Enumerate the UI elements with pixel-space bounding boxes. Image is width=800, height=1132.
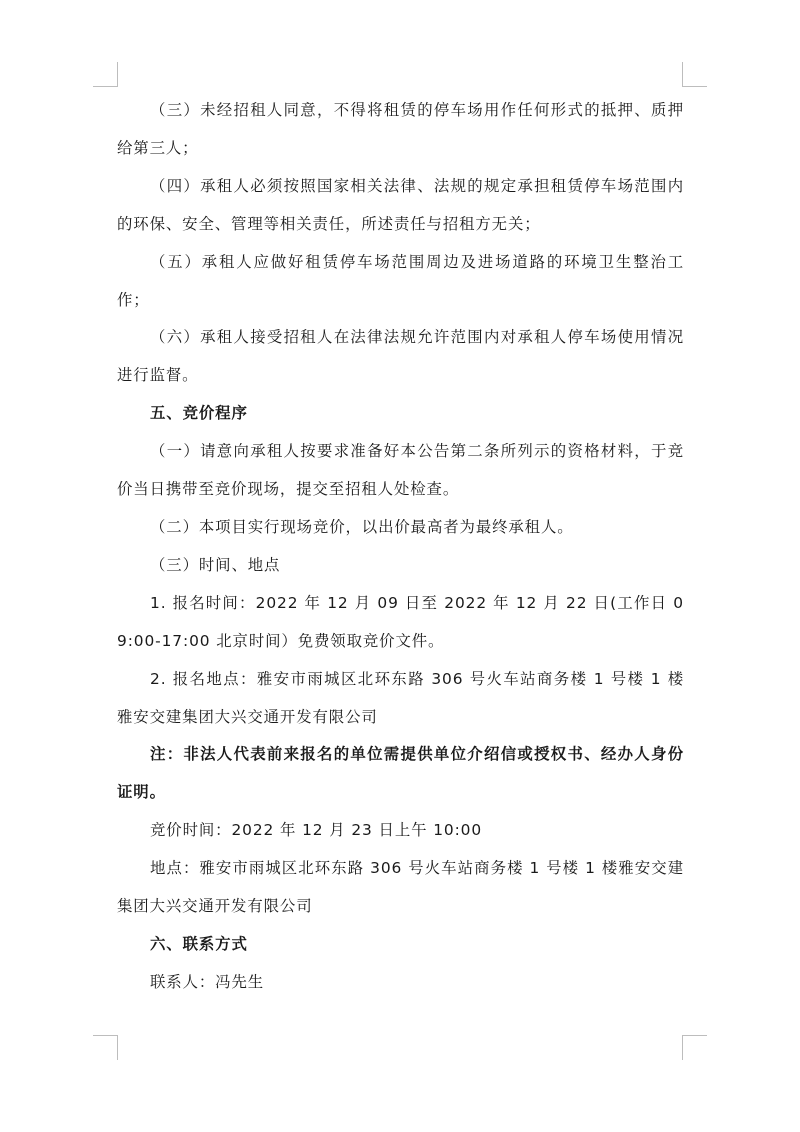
section-heading-bidding-procedure: 五、竞价程序	[117, 395, 684, 433]
bidding-location: 地点：雅安市雨城区北环东路 306 号火车站商务楼 1 号楼 1 楼雅安交建集团…	[117, 850, 684, 926]
bidding-time: 竞价时间：2022 年 12 月 23 日上午 10:00	[117, 812, 684, 850]
registration-location: 2. 报名地点：雅安市雨城区北环东路 306 号火车站商务楼 1 号楼 1 楼雅…	[117, 661, 684, 737]
corner-mark-top-right	[682, 62, 707, 87]
document-page: （三）未经招租人同意，不得将租赁的停车场用作任何形式的抵押、质押给第三人； （四…	[0, 0, 800, 1132]
contact-person: 联系人：冯先生	[117, 964, 684, 1002]
clause-3-no-mortgage: （三）未经招租人同意，不得将租赁的停车场用作任何形式的抵押、质押给第三人；	[117, 92, 684, 168]
corner-mark-bottom-left	[93, 1035, 118, 1060]
corner-mark-top-left	[93, 62, 118, 87]
section-heading-contact: 六、联系方式	[117, 926, 684, 964]
procedure-2-onsite-bidding: （二）本项目实行现场竞价，以出价最高者为最终承租人。	[117, 509, 684, 547]
document-body: （三）未经招租人同意，不得将租赁的停车场用作任何形式的抵押、质押给第三人； （四…	[117, 92, 684, 1002]
clause-6-supervision: （六）承租人接受招租人在法律法规允许范围内对承租人停车场使用情况进行监督。	[117, 319, 684, 395]
procedure-1-materials: （一）请意向承租人按要求准备好本公告第二条所列示的资格材料，于竞价当日携带至竞价…	[117, 433, 684, 509]
clause-5-sanitation: （五）承租人应做好租赁停车场范围周边及进场道路的环境卫生整治工作；	[117, 244, 684, 320]
clause-4-responsibility: （四）承租人必须按照国家相关法律、法规的规定承担租赁停车场范围内的环保、安全、管…	[117, 168, 684, 244]
note-authorization: 注：非法人代表前来报名的单位需提供单位介绍信或授权书、经办人身份证明。	[117, 736, 684, 812]
corner-mark-bottom-right	[682, 1035, 707, 1060]
procedure-3-time-place: （三）时间、地点	[117, 547, 684, 585]
registration-time: 1. 报名时间：2022 年 12 月 09 日至 2022 年 12 月 22…	[117, 585, 684, 661]
